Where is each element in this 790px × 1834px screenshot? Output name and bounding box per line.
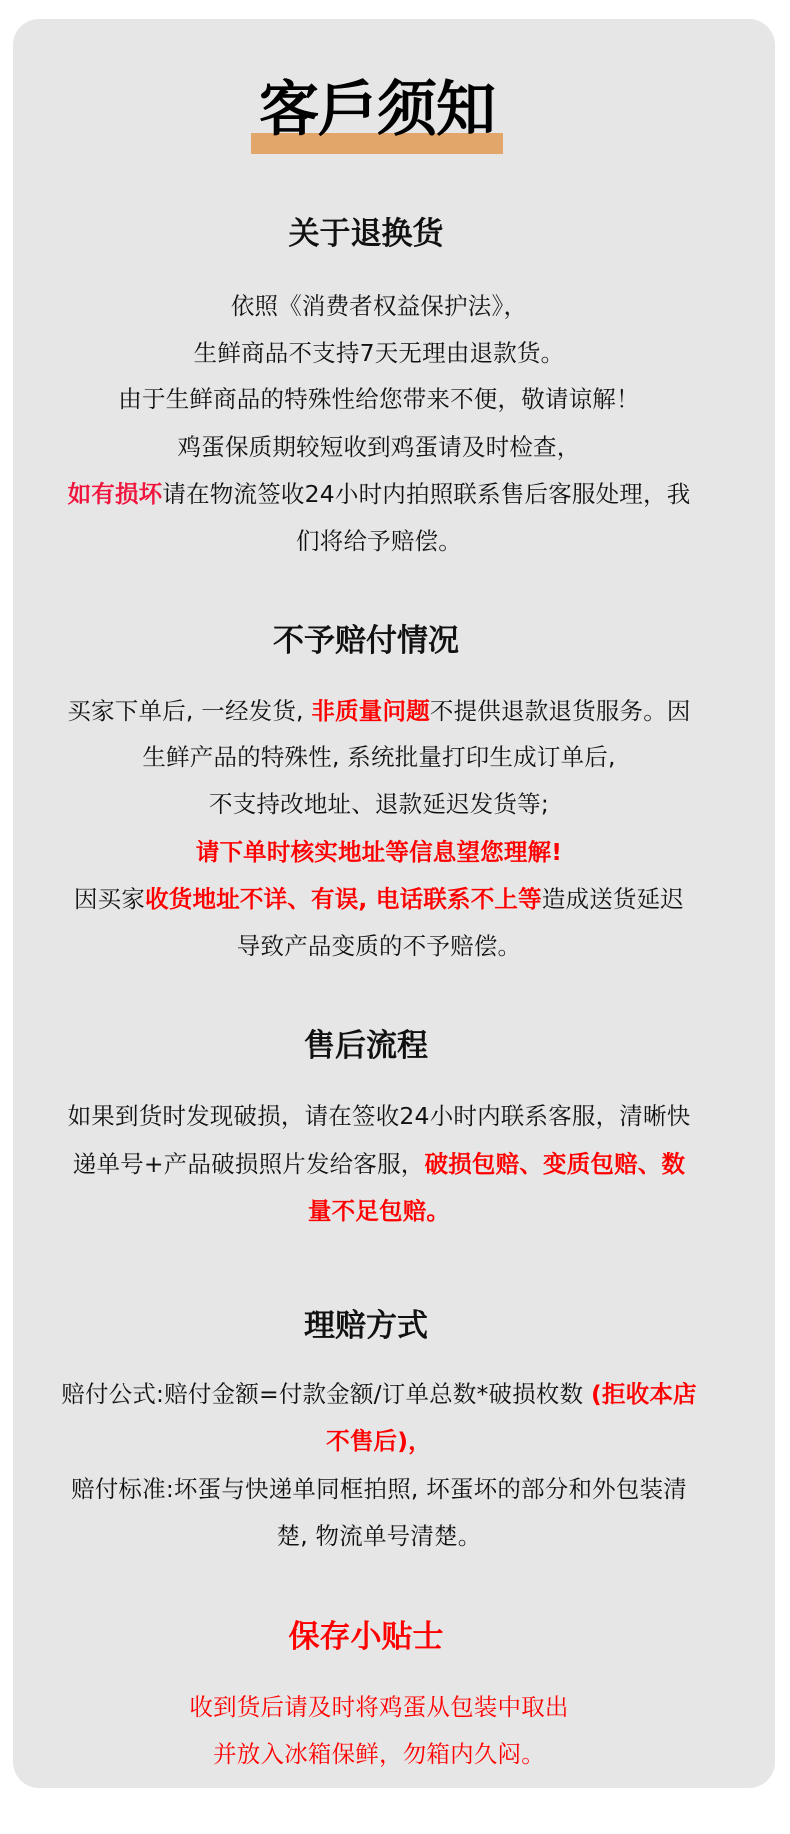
text-segment: 依照《消费者权益保护法》， [231, 292, 527, 320]
text-line: 量不足包赔。 [40, 1188, 718, 1235]
text-line: 如果到货时发现破损，请在签收24小时内联系客服，清晰快 [40, 1093, 718, 1140]
section-heading-claim-method: 理赔方式 [48, 1303, 684, 1350]
text-segment: 造成送货延迟 [542, 885, 684, 913]
text-line: 如有损坏请在物流签收24小时内拍照联系售后客服处理，我 [40, 471, 718, 518]
text-line: 因买家收货地址不详、有误, 电话联系不上等造成送货延迟 [40, 876, 718, 923]
highlight-guarantee: 量不足包赔。 [308, 1197, 450, 1225]
text-line: 并放入冰箱保鲜，勿箱内久闷。 [40, 1731, 718, 1778]
text-segment: 不支持改地址、退款延迟发货等; [209, 790, 549, 818]
text-line: 生鲜商品不支持7天无理由退款货。 [40, 330, 718, 377]
text-segment: 如果到货时发现破损，请在签收24小时内联系客服，清晰快 [68, 1102, 691, 1130]
text-line: 不售后)， [40, 1418, 718, 1465]
highlight-damage: 如有损坏 [68, 480, 163, 508]
text-segment: 赔付公式:赔付金额=付款金额/订单总数*破损枚数 [61, 1380, 591, 1408]
highlight-reject-note: 不售后)， [326, 1427, 432, 1455]
text-line: 赔付公式:赔付金额=付款金额/订单总数*破损枚数 (拒收本店 [40, 1371, 718, 1418]
text-segment: 生鲜产品的特殊性, 系统批量打印生成订单后, [142, 743, 615, 771]
text-segment: 赔付标准:坏蛋与快递单同框拍照, 坏蛋坏的部分和外包装清 [71, 1475, 687, 1503]
text-line: 买家下单后, 一经发货, 非质量问题不提供退款退货服务。因 [40, 688, 718, 735]
highlight-non-quality: 非质量问题 [311, 697, 430, 725]
text-segment: 由于生鲜商品的特殊性给您带来不便，敬请谅解！ [118, 385, 639, 413]
text-segment: 们将给予赔偿。 [296, 527, 462, 555]
page-title-block: 客戶须知 [251, 70, 503, 160]
text-segment: 因买家 [74, 885, 145, 913]
text-line: 不支持改地址、退款延迟发货等; [40, 781, 718, 828]
text-line: 依照《消费者权益保护法》， [40, 283, 718, 330]
highlight-reject-note: (拒收本店 [591, 1380, 697, 1408]
text-line: 收到货后请及时将鸡蛋从包装中取出 [40, 1684, 718, 1731]
section-heading-after-sales: 售后流程 [48, 1023, 684, 1070]
text-line: 导致产品变质的不予赔偿。 [40, 923, 718, 970]
text-segment: 递单号+产品破损照片发给客服， [73, 1150, 425, 1178]
text-segment: 收到货后请及时将鸡蛋从包装中取出 [189, 1693, 568, 1721]
highlight-address-issues: 收货地址不详、有误, 电话联系不上等 [145, 885, 542, 913]
text-line: 请下单时核实地址等信息望您理解! [40, 829, 718, 876]
section-heading-no-compensation: 不予赔付情况 [48, 618, 684, 665]
text-line: 生鲜产品的特殊性, 系统批量打印生成订单后, [40, 734, 718, 781]
text-segment: 不提供退款退货服务。因 [430, 697, 691, 725]
text-line: 楚, 物流单号清楚。 [40, 1513, 718, 1560]
text-segment: 鸡蛋保质期较短收到鸡蛋请及时检查， [178, 433, 581, 461]
text-line: 鸡蛋保质期较短收到鸡蛋请及时检查， [40, 424, 718, 471]
highlight-verify-address: 请下单时核实地址等信息望您理解! [196, 838, 562, 866]
section-heading-returns: 关于退换货 [48, 211, 684, 258]
text-segment: 生鲜商品不支持7天无理由退款货。 [194, 339, 565, 367]
text-segment: 导致产品变质的不予赔偿。 [237, 932, 521, 960]
text-segment: 楚, 物流单号清楚。 [277, 1522, 482, 1550]
text-segment: 并放入冰箱保鲜，勿箱内久闷。 [213, 1740, 545, 1768]
text-line: 由于生鲜商品的特殊性给您带来不便，敬请谅解！ [40, 376, 718, 423]
highlight-guarantee: 破损包赔、变质包赔、数 [425, 1150, 686, 1178]
text-line: 们将给予赔偿。 [40, 518, 718, 565]
text-line: 赔付标准:坏蛋与快递单同框拍照, 坏蛋坏的部分和外包装清 [40, 1466, 718, 1513]
text-line: 递单号+产品破损照片发给客服，破损包赔、变质包赔、数 [40, 1141, 718, 1188]
section-heading-storage-tips: 保存小贴士 [48, 1614, 684, 1661]
text-segment: 请在物流签收24小时内拍照联系售后客服处理，我 [162, 480, 690, 508]
text-segment: 买家下单后, 一经发货, [67, 697, 311, 725]
page-title: 客戶须知 [251, 70, 503, 150]
